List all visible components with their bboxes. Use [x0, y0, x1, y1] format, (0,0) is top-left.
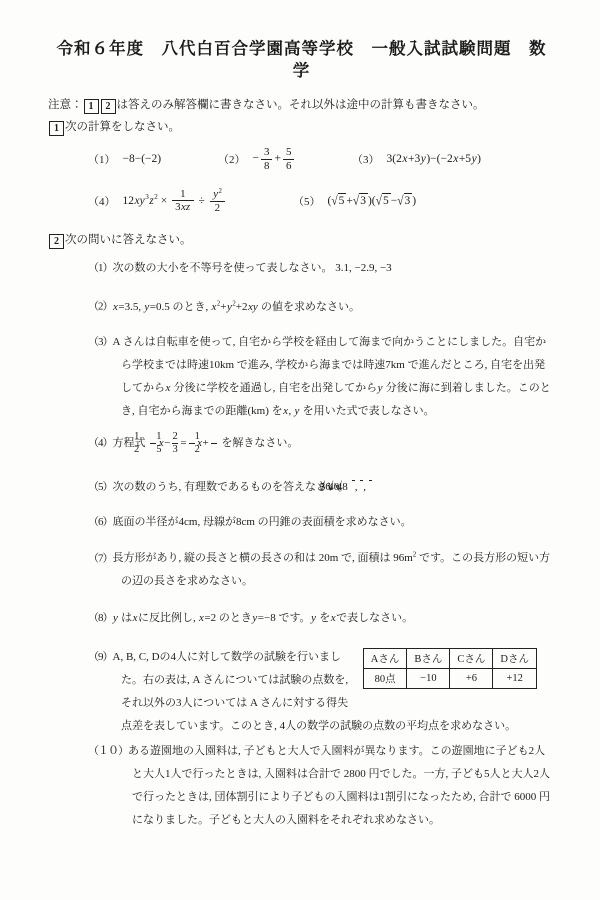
score-table-value-row: 80点 −10 +6 +12	[363, 669, 536, 689]
page-title: 令和６年度 八代白百合学園高等学校 一般入試試験問題 数学	[48, 38, 555, 82]
s1-problem-3: （3）3(2x+3y)−(−2x+5y)	[352, 151, 481, 167]
section-1-box: 1	[49, 121, 64, 136]
s1-problem-2: （2）−38+56	[218, 146, 352, 172]
notice-label: 注意：	[48, 99, 83, 111]
s2-problem-5: （5）次の数のうち, 有理数であるものを答えなさい。 √36, √40, √48	[88, 476, 555, 499]
s2-problem-1: （1）次の数の大小を不等号を使って表しなさい。 3.1, −2.9, −3	[88, 257, 555, 280]
score-table-header: Aさん	[363, 649, 407, 669]
s2-problem-10: （１０）ある遊園地の入園料は, 子どもと大人で入園料が異なります。この遊園地に子…	[88, 740, 555, 832]
score-table-header: Cさん	[450, 649, 493, 669]
s1-problem-5: （5）(√5+√3)(√5−√3)	[293, 193, 416, 209]
notice-line: 注意：12は答えのみ解答欄に書きなさい。それ以外は途中の計算も書きなさい。	[48, 97, 555, 114]
s2-problem-9: Aさん Bさん Cさん Dさん 80点 −10 +6 +12 （9）A, B, …	[88, 646, 555, 738]
score-table-value: 80点	[363, 669, 407, 689]
calc-row-2: （4）12xy3z2 × 13xz ÷ y22 （5）(√5+√3)(√5−√3…	[48, 180, 555, 222]
s2-problem-8: （8）y はxに反比例し, x=2 のときy=−8 です。y をxで表しなさい。	[88, 607, 555, 630]
score-table-header-row: Aさん Bさん Cさん Dさん	[363, 649, 536, 669]
s2-problem-3: （3）A さんは自転車を使って, 自宅から学校を経由して海まで向かうことにしまし…	[88, 331, 555, 423]
section-2-box: 2	[49, 234, 64, 249]
score-table-value: −10	[407, 669, 450, 689]
score-table: Aさん Bさん Cさん Dさん 80点 −10 +6 +12	[363, 648, 537, 689]
s2-problem-2: （2）x=3.5, y=0.5 のとき, x2+y2+2xy の値を求めなさい。	[88, 292, 555, 319]
s2-problem-6: （6）底面の半径が4cm, 母線が8cm の円錐の表面積を求めなさい。	[88, 511, 555, 534]
s1-problem-1: （1）−8−(−2)	[88, 151, 218, 167]
score-table-value: +6	[450, 669, 493, 689]
notice-box-1: 1	[84, 99, 99, 114]
score-table-value: +12	[493, 669, 537, 689]
calc-row-1: （1）−8−(−2) （2）−38+56 （3）3(2x+3y)−(−2x+5y…	[48, 140, 555, 178]
notice-text: は答えのみ解答欄に書きなさい。それ以外は途中の計算も書きなさい。	[117, 99, 485, 111]
score-table-header: Bさん	[407, 649, 450, 669]
section-1-heading: 1次の計算をしなさい。	[48, 119, 555, 136]
s1-problem-4: （4）12xy3z2 × 13xz ÷ y22	[88, 188, 293, 215]
score-table-header: Dさん	[493, 649, 537, 669]
s2-problem-7: （7）長方形があり, 縦の長さと横の長さの和は 20m で, 面積は 96m2 …	[88, 544, 555, 594]
notice-box-2: 2	[101, 99, 116, 114]
s2-problem-4: （4）方程式 12x−15=23x+12 を解きなさい。	[88, 431, 555, 456]
exam-paper: 令和６年度 八代白百合学園高等学校 一般入試試験問題 数学 注意：12は答えのみ…	[0, 0, 600, 900]
section-2-heading: 2次の問いに答えなさい。	[48, 232, 555, 249]
